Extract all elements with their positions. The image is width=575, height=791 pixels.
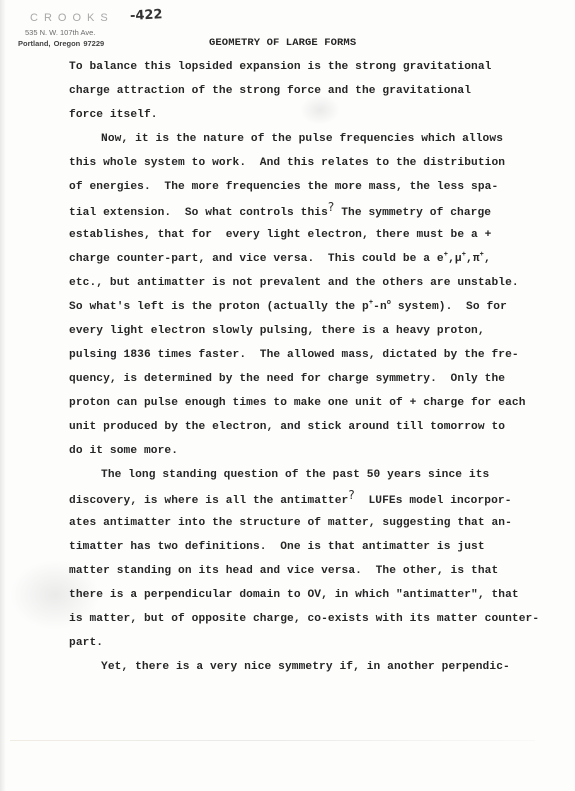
text-line: this whole system to work. And this rela… [69,156,505,170]
text-segment: LUFEs model incorpor- [355,495,512,507]
text-line: every light electron slowly pulsing, the… [69,324,485,338]
text-line: matter standing on its head and vice ver… [69,564,498,578]
text-line: of energies. The more frequencies the mo… [69,180,498,194]
text-line: timatter has two definitions. One is tha… [69,540,485,554]
text-line: is matter, but of opposite charge, co-ex… [69,612,539,626]
text-line: proton can pulse enough times to make on… [69,396,526,410]
text-segment: The symmetry of charge [334,207,491,219]
letterhead-name: CROOKS [30,12,114,24]
handwritten-question-mark: ? [348,488,354,502]
text-segment: -n [373,301,387,313]
text-line: unit produced by the electron, and stick… [69,420,505,434]
text-segment: charge counter-part, and vice versa. Thi… [69,253,444,265]
text-segment: system). So for [391,301,507,313]
text-line: do it some more. [69,444,178,458]
text-line: To balance this lopsided expansion is th… [69,60,491,74]
scan-bottom-edge [10,740,535,741]
text-line: etc., but antimatter is not prevalent an… [69,276,519,290]
scan-smudge [300,95,340,125]
page-title: GEOMETRY OF LARGE FORMS [209,37,356,49]
text-line: quency, is determined by the need for ch… [69,372,505,386]
text-segment: ,π [466,253,480,265]
scan-edge-shadow [0,0,6,791]
text-line: establishes, that for every light electr… [69,228,491,242]
text-segment: ,μ [448,253,462,265]
text-line: there is a perpendicular domain to OV, i… [69,588,519,602]
text-line: discovery, is where is all the antimatte… [69,492,512,508]
handwritten-code: -422 [130,7,163,24]
text-segment: tial extension. So what controls this [69,207,328,219]
text-line: Yet, there is a very nice symmetry if, i… [101,660,510,674]
text-line: So what's left is the proton (actually t… [69,300,507,314]
scanned-page: CROOKS -422 535 N. W. 107th Ave. Portlan… [0,0,575,791]
text-line: charge attraction of the strong force an… [69,84,471,98]
letterhead-street: 535 N. W. 107th Ave. [25,28,95,37]
text-line: part. [69,636,103,650]
text-line: ates antimatter into the structure of ma… [69,516,512,530]
text-line: pulsing 1836 times faster. The allowed m… [69,348,519,362]
handwritten-question-mark: ? [328,200,334,214]
text-segment: So what's left is the proton (actually t… [69,301,369,313]
text-line: charge counter-part, and vice versa. Thi… [69,252,491,266]
text-line: Now, it is the nature of the pulse frequ… [101,132,503,146]
letterhead-city: Portland, Oregon 97229 [18,39,104,48]
text-line: tial extension. So what controls this? T… [69,204,491,220]
text-segment: discovery, is where is all the antimatte… [69,495,348,507]
text-segment: , [484,253,491,265]
text-line: The long standing question of the past 5… [101,468,489,482]
text-line: force itself. [69,108,158,122]
